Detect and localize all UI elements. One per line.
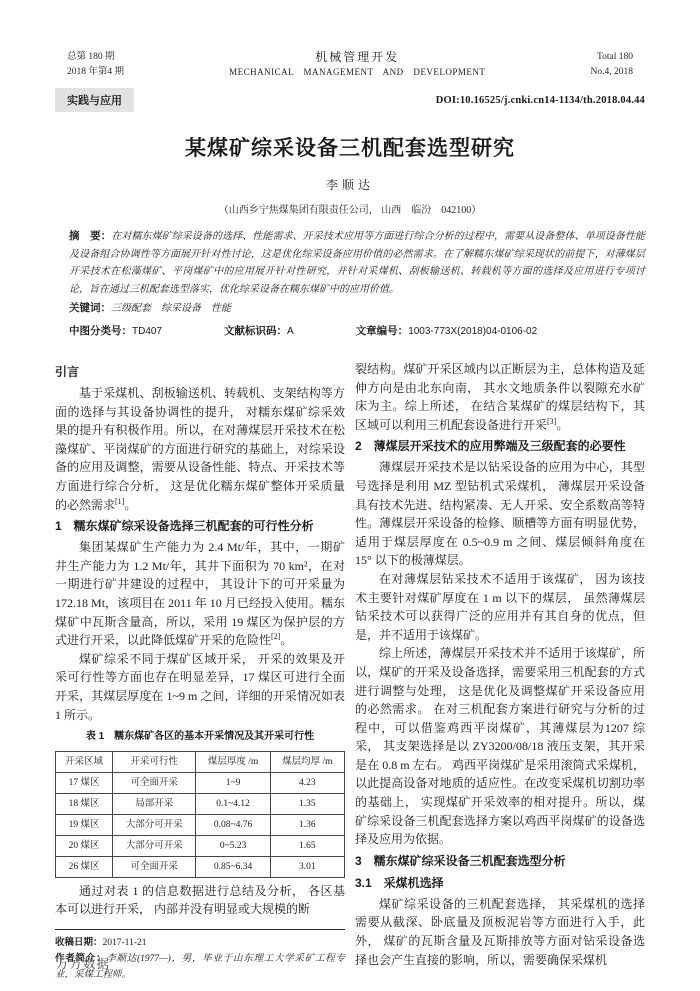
section-2-heading: 2 薄煤层开采技术的应用弊端及三级配套的必要性 <box>355 436 645 456</box>
col-header-thickness: 煤层厚度 /m <box>196 751 270 772</box>
table-row: 18 煤区局部开采0.1~4.121.35 <box>56 793 345 814</box>
wanfang-watermark: 万方数据 <box>56 954 110 972</box>
issue-info-left: 总第 180 期 2018 年第4 期 <box>67 50 124 80</box>
column-badge: 实践与应用 <box>55 88 134 112</box>
ref-1: [1] <box>115 497 124 506</box>
keywords-text: 三级配套 综采设备 性能 <box>111 303 231 314</box>
ref-3: [3] <box>547 417 556 426</box>
section-2-paragraph-2: 在对薄煤层钻采技术不适用于该煤矿， 因为该技术主要针对煤矿厚度在 1 m 以下的… <box>355 570 645 644</box>
section-1-paragraph-1: 集团某煤矿生产能力为 2.4 Mt/年，其中，一期矿井生产能力为 1.2 Mt/… <box>55 538 345 650</box>
body-columns: 引言 基于采煤机、刮板输送机、转载机、支架结构等方面的选择与其设备协调性的提升，… <box>55 360 645 983</box>
table-1-caption: 表 1 糯东煤矿各区的基本开采情况及其开采可行性 <box>55 728 345 747</box>
right-column: 裂结构。煤矿开采区域内以正断层为主，总体构造及延伸方向是由北东向南， 其水文地质… <box>355 360 645 983</box>
keywords-label: 关键词： <box>69 302 111 314</box>
author-name: 李顺达 <box>55 176 645 193</box>
col-header-avg-thickness: 煤层均厚 /m <box>270 751 344 772</box>
col-header-area: 开采区域 <box>56 751 113 772</box>
abstract: 摘 要：在对糯东煤矿综采设备的选择、性能需求、开采技术应用等方面进行综合分析的过… <box>69 228 645 298</box>
journal-page: 总第 180 期 2018 年第4 期 机械管理开发 MECHANICAL MA… <box>0 0 700 983</box>
continuation-paragraph: 裂结构。煤矿开采区域内以正断层为主，总体构造及延伸方向是由北东向南， 其水文地质… <box>355 360 645 434</box>
issue-number-en: No.4, 2018 <box>591 65 634 80</box>
meta-row: 中图分类号：TD407 文献标识码：A 文章编号：1003-773X(2018)… <box>69 323 645 338</box>
table-row: 26 煤区可全面开采0.85~6.343.01 <box>56 856 345 877</box>
masthead: 总第 180 期 2018 年第4 期 机械管理开发 MECHANICAL MA… <box>55 50 645 80</box>
document-code: 文献标识码：A <box>224 323 294 338</box>
doi-text: DOI:10.16525/j.cnki.cn14-1134/th.2018.04… <box>436 95 645 106</box>
section-2-paragraph-1: 薄煤层开采技术是以钻采设备的应用为中心，其型号选择是利用 MZ 型钻机式采煤机，… <box>355 458 645 570</box>
author-affiliation: （山西乡宁焦煤集团有限责任公司， 山西 临汾 042100） <box>55 201 645 216</box>
page-title: 某煤矿综采设备三机配套选型研究 <box>55 132 645 162</box>
section-3-heading: 3 糯东煤矿综采设备三机配套选型分析 <box>355 851 645 871</box>
badge-row: 实践与应用 DOI:10.16525/j.cnki.cn14-1134/th.2… <box>55 88 645 112</box>
clc-number: 中图分类号：TD407 <box>69 323 162 338</box>
issue-total-en: Total 180 <box>591 50 634 65</box>
issue-info-right: Total 180 No.4, 2018 <box>591 50 634 80</box>
intro-heading: 引言 <box>55 362 345 382</box>
journal-name-en: MECHANICAL MANAGEMENT AND DEVELOPMENT <box>124 65 590 80</box>
article-id: 文章编号：1003-773X(2018)04-0106-02 <box>356 323 538 338</box>
col-header-feasibility: 开采可行性 <box>113 751 196 772</box>
section-2-paragraph-3: 综上所述，薄煤层开采技术并不适用于该煤矿，所以，煤矿的开采及设备选择，需要采用三… <box>355 644 645 849</box>
section-1-paragraph-3: 通过对表 1 的信息数据进行总结及分析， 各区基本可以进行开采， 内部并没有明显… <box>55 882 345 919</box>
section-3-1-heading: 3.1 采煤机选择 <box>355 873 645 893</box>
intro-paragraph: 基于采煤机、刮板输送机、转载机、支架结构等方面的选择与其设备协调性的提升， 对糯… <box>55 384 345 514</box>
keywords-line: 关键词：三级配套 综采设备 性能 <box>69 300 645 317</box>
table-header-row: 开采区域 开采可行性 煤层厚度 /m 煤层均厚 /m <box>56 751 345 772</box>
received-date-line: 收稿日期：2017-11-21 <box>55 935 345 952</box>
section-1-paragraph-2: 煤矿综采不同于煤矿区域开采， 开采的效果及开采可行性等方面也存在明显差异，17 … <box>55 650 345 724</box>
table-row: 17 煤区可全面开采1~94.23 <box>56 772 345 793</box>
abstract-text: 在对糯东煤矿综采设备的选择、性能需求、开采技术应用等方面进行综合分析的过程中，需… <box>69 231 645 295</box>
abstract-label: 摘 要： <box>69 230 111 242</box>
ref-2: [2] <box>271 632 280 641</box>
issue-total-cn: 总第 180 期 <box>67 50 124 65</box>
section-3-1-paragraph-1: 煤矿综采设备的三机配套选择， 其采煤机的选择需要从截深、卧底量及顶板泥岩等方面进… <box>355 895 645 969</box>
mining-feasibility-table: 开采区域 开采可行性 煤层厚度 /m 煤层均厚 /m 17 煤区可全面开采1~9… <box>55 751 345 878</box>
section-1-heading: 1 糯东煤矿综采设备选择三机配套的可行性分析 <box>55 516 345 536</box>
journal-name-cn: 机械管理开发 <box>124 50 590 65</box>
left-column: 引言 基于采煤机、刮板输送机、转载机、支架结构等方面的选择与其设备协调性的提升，… <box>55 360 345 983</box>
table-row: 20 煤区大部分可开采0~5.231.65 <box>56 835 345 856</box>
issue-number-cn: 2018 年第4 期 <box>67 65 124 80</box>
table-row: 19 煤区大部分可开采0.08~4.761.36 <box>56 814 345 835</box>
journal-name: 机械管理开发 MECHANICAL MANAGEMENT AND DEVELOP… <box>124 50 590 80</box>
